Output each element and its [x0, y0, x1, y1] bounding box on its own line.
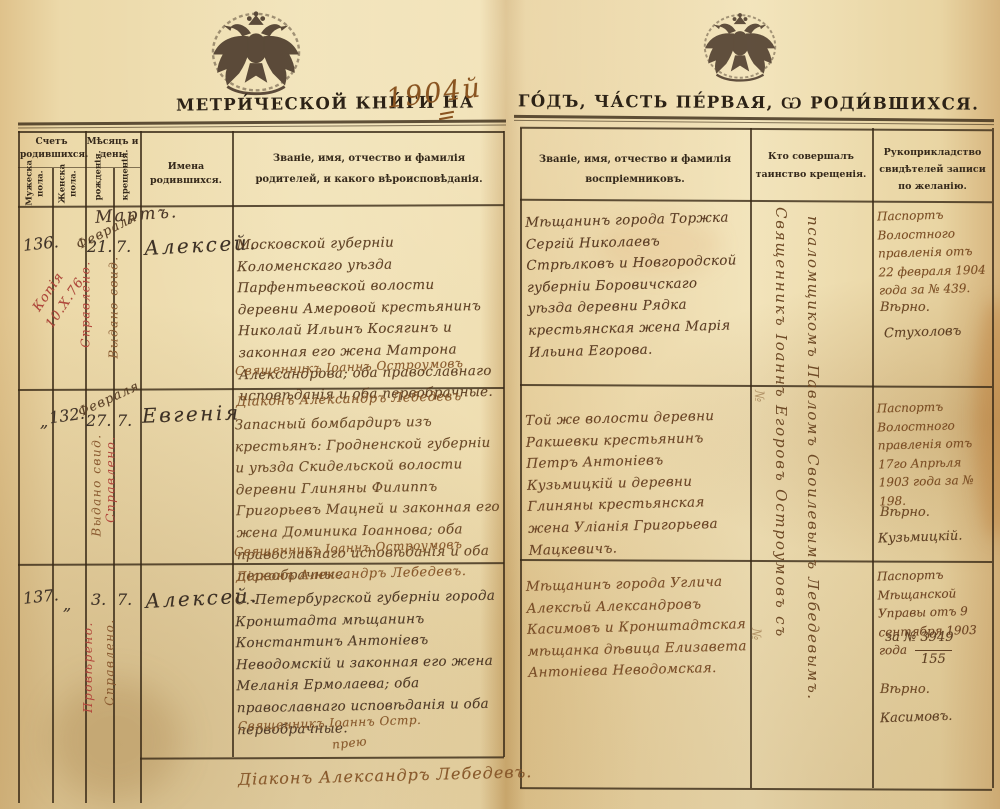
grid-line-vertical — [992, 128, 994, 788]
entry-1-witness-verify: Вѣрно. — [880, 300, 930, 315]
grid-line-vertical — [52, 168, 54, 803]
margin-note-text: Выдано свид. — [90, 433, 104, 536]
column-header-officiant: Кто совершалъ таинство крещенія. — [754, 148, 868, 184]
column-header-baptism-label: крещенія. — [121, 150, 131, 201]
column-header-count-label: Счетъ родившихся. — [20, 137, 88, 160]
entry-3-signature-flourish: прею — [331, 734, 367, 752]
entry-1-day-baptism: 7. — [116, 237, 131, 256]
entry-2-day-birth: 27. — [86, 411, 111, 430]
entry-1-witness-signature: Стухоловъ — [884, 324, 962, 342]
parents-text: Запасный бомбардиръ изъ крестьянъ: Гродн… — [235, 414, 500, 585]
entry-3-number-male: 137. — [22, 585, 59, 608]
column-header-witnesses-label: Рукоприкладство свидѣтелей записи по жел… — [879, 147, 986, 192]
margin-note-text: Справлено. — [103, 618, 117, 705]
entry-3-margin-note-brown: Справлено. — [103, 618, 117, 705]
column-header-baptism: крещенія. — [121, 156, 132, 200]
parents-text: Московской губерніи Коломенскаго уѣзда П… — [237, 235, 494, 405]
number-text: 137. — [22, 585, 59, 608]
officiant-entry-line1: Священникъ Іоаннъ Егоровъ Остроумовъ съ — [772, 207, 790, 638]
witness-signature-text: Касимовъ. — [880, 709, 953, 727]
entry-3-day-baptism: 7. — [117, 590, 132, 609]
entry-3-witness-signature: Касимовъ. — [880, 709, 953, 727]
column-header-birth-label: рожденія. — [94, 150, 104, 200]
margin-note-text: Выдано свид. — [107, 255, 121, 358]
grid-line-vertical — [750, 128, 752, 788]
margin-note-text: Справлено. — [104, 435, 118, 522]
name-text: Евгенія — [142, 400, 241, 427]
column-header-male-label: Мужеска пола. — [24, 160, 45, 206]
entry-3-day-birth: 3. — [91, 590, 106, 609]
entry-1-parents: Московской губерніи Коломенскаго уѣзда П… — [237, 231, 502, 408]
grid-line-vertical — [872, 128, 874, 788]
grid-line-vertical — [232, 131, 234, 757]
entry-3-number-female-ditto: „ — [63, 595, 71, 614]
footer-deacon-signature: Діаконъ Александръ Лебедевъ. — [238, 762, 533, 789]
officiant-text: Священникъ Іоаннъ Егоровъ Остроумовъ съ — [772, 207, 790, 638]
ditto-mark: „ — [40, 412, 48, 431]
godparents-text: Мѣщанинъ города Торжка Сергій Николаевъ … — [525, 210, 737, 361]
witness-note-text: Паспортъ Волостного правленія отъ 22 фев… — [877, 208, 986, 298]
entry-2-number-female: 132. — [48, 404, 86, 428]
number-text: 136. — [22, 232, 59, 255]
entry-1-number-male: 136. — [22, 232, 59, 255]
column-header-godparents: Званіе, имя, отчество и фамилія воспріем… — [528, 150, 742, 190]
signature-text: Діаконъ Александръ Лебедевъ. — [238, 762, 533, 789]
day-baptism-text: 7. — [117, 411, 132, 430]
entry-2-margin-note-brown: Выдано свид. — [90, 433, 104, 536]
margin-note-text: Справлено. — [79, 260, 93, 347]
entry-2-number-male-ditto: „ — [40, 412, 48, 431]
column-header-male: Мужеска пола. — [24, 162, 45, 206]
entry-2-witness-verify: Вѣрно. — [880, 505, 930, 520]
entry-1-day-birth: 21. — [87, 237, 112, 256]
grid-line-vertical — [503, 131, 505, 757]
officiant-text: псаломщикомъ Павломъ Своилевымъ Лебедевы… — [804, 216, 822, 701]
column-header-officiant-label: Кто совершалъ таинство крещенія. — [756, 151, 867, 180]
title-rule — [18, 125, 506, 129]
day-baptism-text: 7. — [117, 590, 132, 609]
grid-line-vertical — [140, 131, 142, 803]
officiant-bleed-mark: № — [748, 628, 763, 640]
entry-2-godparents: Той же волости деревни Ракшевки крестьян… — [525, 405, 751, 562]
column-header-count: Счетъ родившихся. — [20, 136, 83, 161]
godparents-text: Мѣщанинъ города Углича Алексѣй Александр… — [526, 574, 747, 681]
witness-number-text: за № 3949 — [885, 630, 954, 645]
column-header-witnesses: Рукоприкладство свидѣтелей записи по жел… — [875, 144, 990, 195]
bleed-mark-text: № — [751, 390, 766, 402]
entry-1-margin-note-brown: Выдано свид. — [107, 255, 121, 358]
metrical-book-spread: МЕТРИ́ЧЕСКОЙ КНИ́ГИ НА 1904й ГО́ДЪ, ЧА́С… — [0, 0, 1000, 809]
column-header-female: Женска пола. — [57, 162, 78, 206]
number-text: 132. — [48, 404, 86, 428]
entry-2-day-baptism: 7. — [117, 411, 132, 430]
day-birth-text: 3. — [91, 590, 106, 609]
entry-2-witness-signature: Кузьмицкій. — [878, 529, 963, 547]
signature-flourish-text: прею — [331, 734, 367, 752]
imperial-eagle-crest — [208, 10, 304, 98]
column-header-names: Имена родившихся. — [142, 160, 230, 189]
column-header-parents-label: Званіе, имя, отчество и фамилія родителе… — [255, 153, 482, 185]
grid-line-horizontal — [520, 127, 992, 131]
ditto-mark: „ — [63, 595, 71, 614]
column-header-godparents-label: Званіе, имя, отчество и фамилія воспріем… — [539, 154, 731, 185]
grid-line-horizontal — [18, 204, 504, 208]
entry-3-witness-note: Паспортъ Мѣщанской Управы отъ 9 сентября… — [877, 565, 991, 661]
witness-number-sub-text: 155 — [921, 652, 946, 667]
column-header-female-label: Женска пола. — [57, 164, 78, 204]
bleed-mark-text: № — [748, 628, 763, 640]
column-header-birth: рожденія. — [94, 156, 105, 200]
entry-3-margin-note-red: Провѣрено. — [81, 621, 95, 713]
column-header-names-label: Имена родившихся. — [150, 161, 222, 186]
witness-signature-text: Стухоловъ — [884, 324, 962, 342]
grid-line-horizontal — [140, 756, 504, 759]
entry-1-margin-note-red: Справлено. — [79, 260, 93, 347]
officiant-entry-line2: псаломщикомъ Павломъ Своилевымъ Лебедевы… — [804, 216, 822, 701]
witness-note-text: Паспортъ Волостного правленія отъ 17го А… — [877, 400, 974, 509]
grid-line-vertical — [18, 131, 20, 803]
witness-verify-text: Вѣрно. — [880, 300, 930, 315]
witness-signature-text: Кузьмицкій. — [878, 529, 963, 547]
godparents-text: Той же волости деревни Ракшевки крестьян… — [525, 408, 718, 558]
entry-2-name: Евгенія — [142, 400, 241, 427]
entry-2-witness-note: Паспортъ Волостного правленія отъ 17го А… — [877, 397, 992, 511]
entry-3-godparents: Мѣщанинъ города Углича Алексѣй Александр… — [526, 571, 751, 685]
grid-line-horizontal — [520, 787, 992, 791]
margin-note-text: Провѣрено. — [81, 621, 95, 713]
page-title-right: ГО́ДЪ, ЧА́СТЬ ПЕ́РВАЯ, Ѡ РОДИ́ВШИХСЯ. — [518, 91, 979, 114]
entry-1-witness-note: Паспортъ Волостного правленія отъ 22 фев… — [877, 205, 991, 301]
entry-2-margin-note-red: Справлено. — [104, 435, 118, 522]
grid-line-horizontal — [18, 131, 504, 133]
column-header-parents: Званіе, имя, отчество и фамилія родителе… — [240, 148, 498, 190]
entry-3-witness-verify: Вѣрно. — [880, 682, 930, 697]
entry-3-witness-number: за № 3949 — [885, 630, 954, 645]
title-text-right: ГО́ДЪ, ЧА́СТЬ ПЕ́РВАЯ, Ѡ РОДИ́ВШИХСЯ. — [518, 91, 979, 113]
witness-verify-text: Вѣрно. — [880, 682, 930, 697]
imperial-eagle-crest — [690, 12, 790, 84]
grid-line-horizontal — [520, 384, 992, 388]
day-birth-text: 21. — [87, 237, 112, 256]
grid-line-vertical — [520, 128, 522, 788]
day-baptism-text: 7. — [116, 237, 131, 256]
day-birth-text: 27. — [86, 411, 111, 430]
entry-3-witness-number-sub: 155 — [915, 650, 952, 667]
officiant-bleed-mark: № — [751, 390, 766, 402]
grid-line-horizontal — [520, 199, 992, 203]
witness-verify-text: Вѣрно. — [880, 505, 930, 520]
entry-2-parents: Запасный бомбардиръ изъ крестьянъ: Гродн… — [235, 411, 503, 588]
entry-1-godparents: Мѣщанинъ города Торжка Сергій Николаевъ … — [525, 207, 749, 364]
